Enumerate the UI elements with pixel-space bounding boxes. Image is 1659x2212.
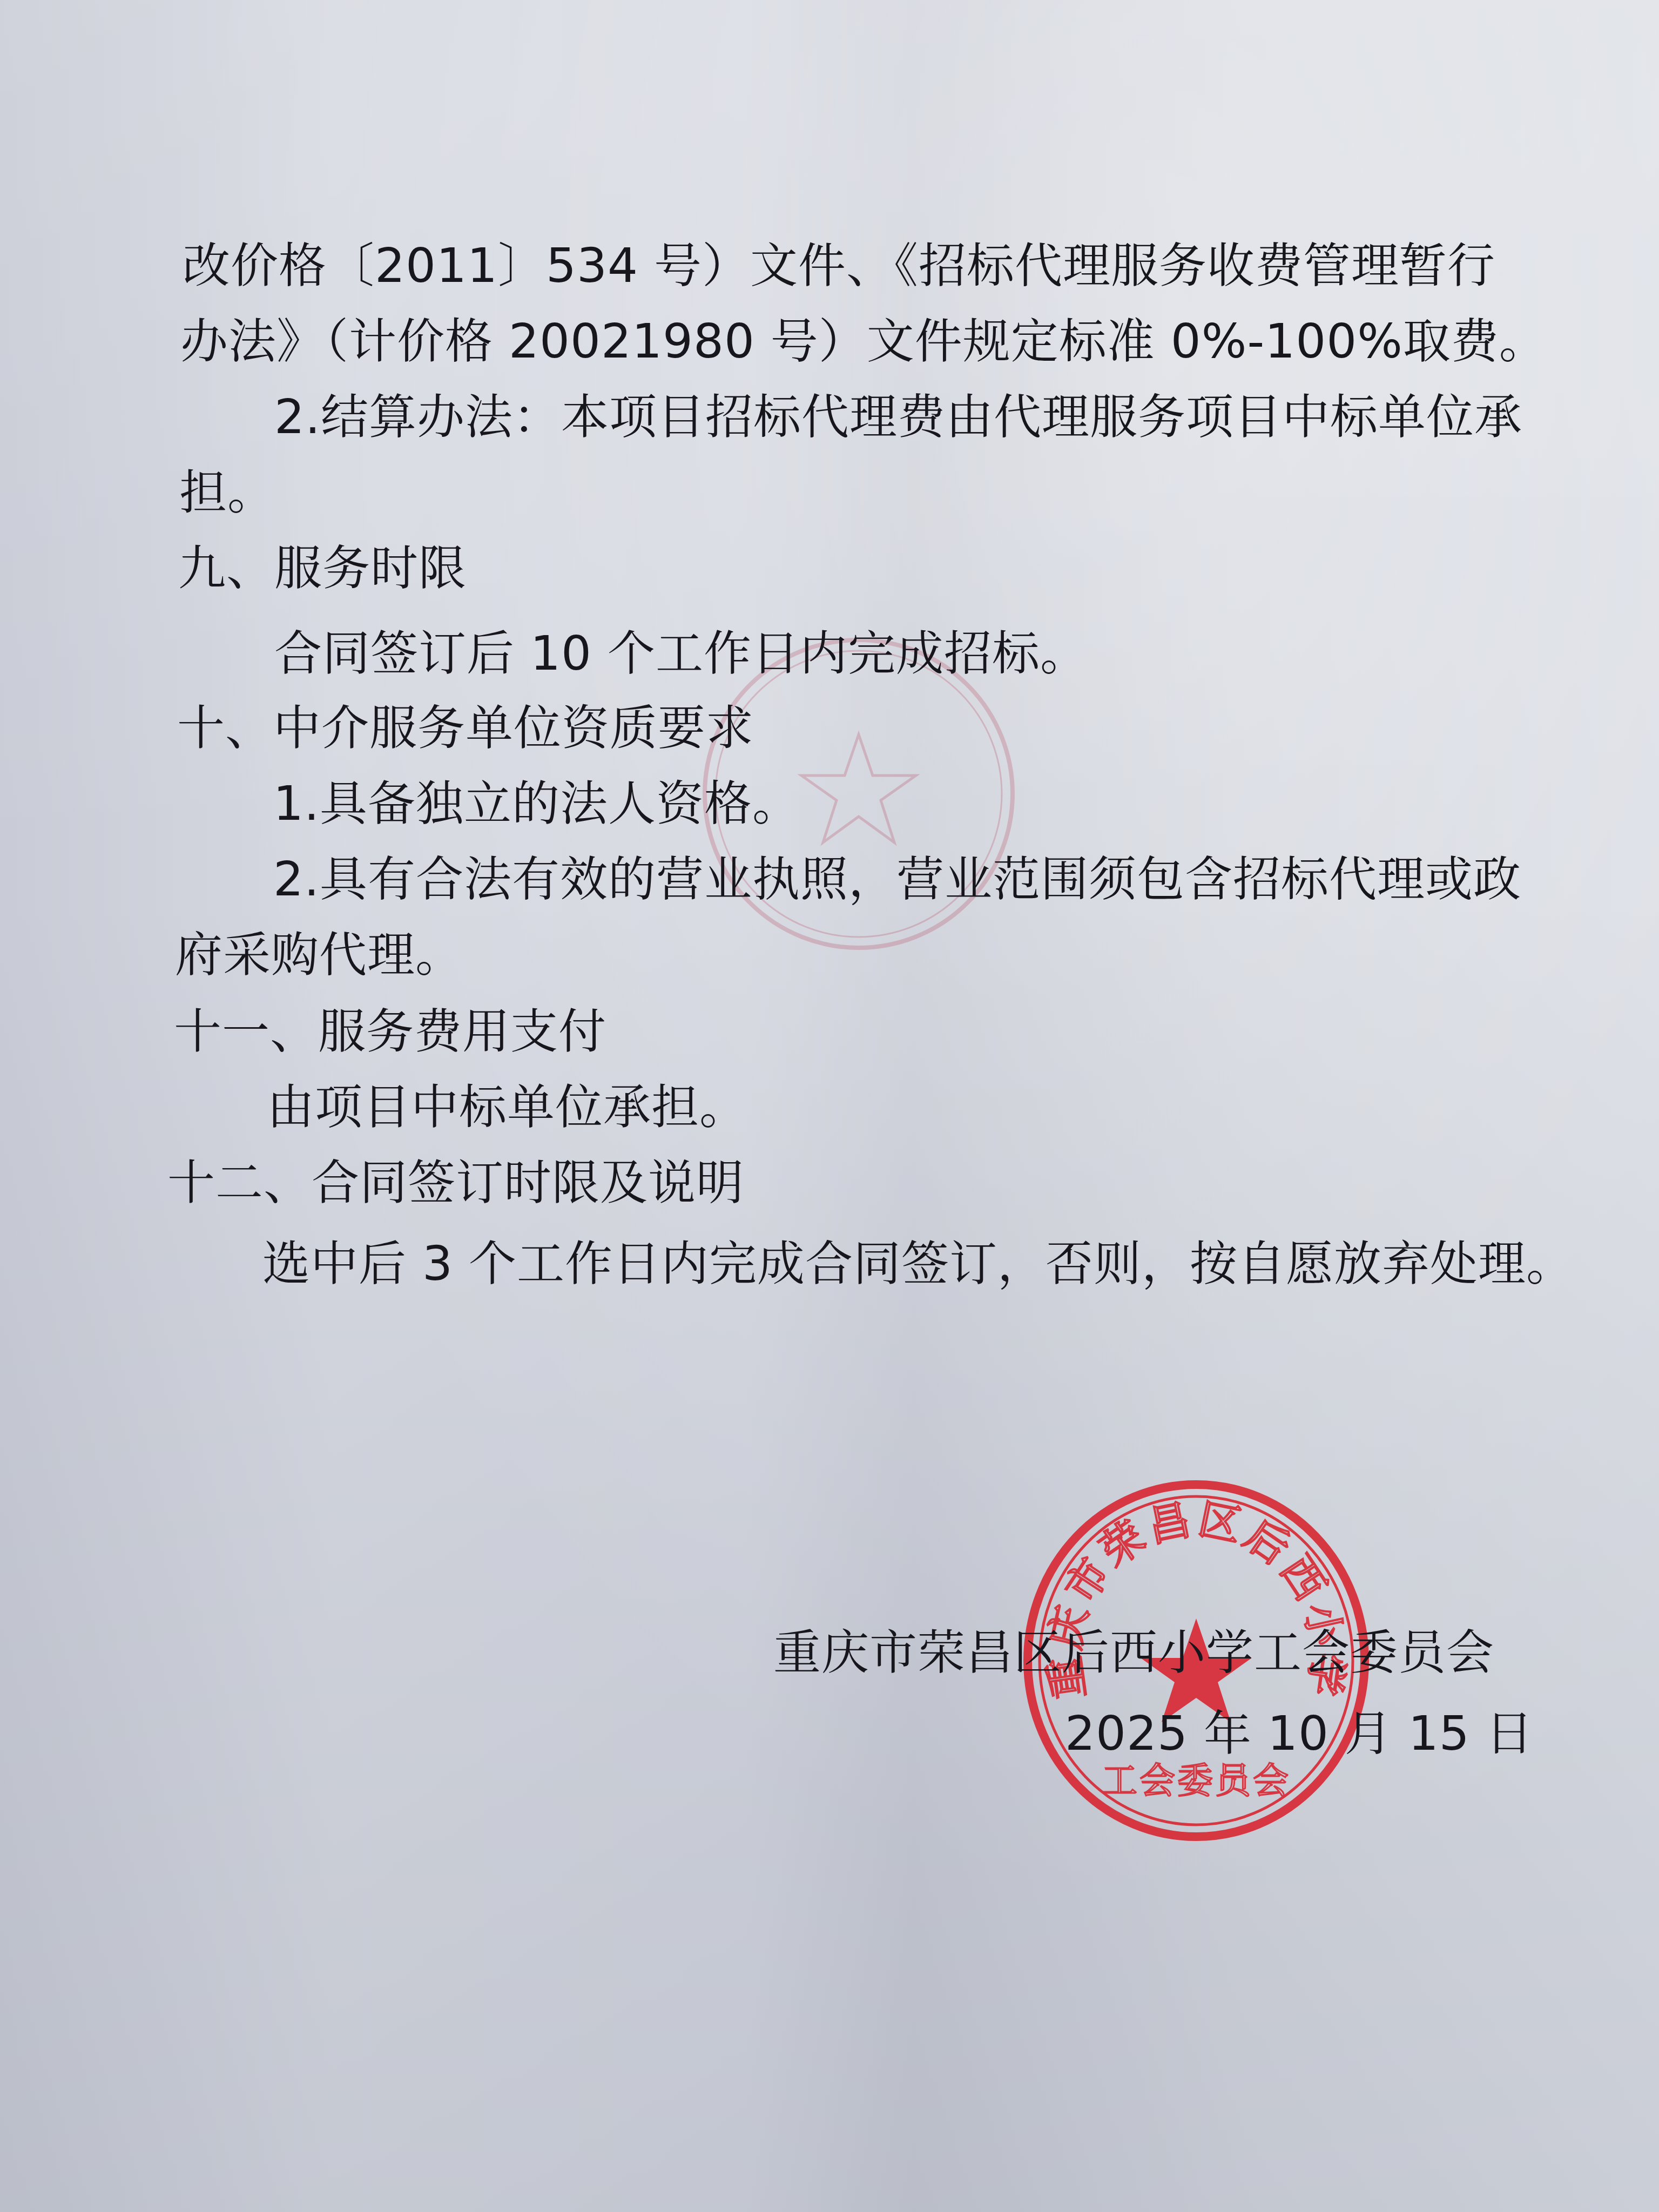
paragraph-contract-signing: 选中后 3 个工作日内完成合同签订，否则，按自愿放弃处理。: [262, 1237, 1574, 1291]
paragraph-qualification-1: 1.具备独立的法人资格。: [273, 777, 800, 831]
section-heading-contract-signing: 十二、合同签订时限及说明: [167, 1156, 744, 1210]
signature-date: 2025 年 10 月 15 日: [1065, 1707, 1534, 1761]
paragraph-service-period: 合同签订后 10 个工作日内完成招标。: [274, 626, 1088, 680]
section-heading-qualifications: 十、中介服务单位资质要求: [177, 701, 754, 755]
document-page: 重庆市荣昌区后西小学 工会委员会 改价格〔2011〕534 号）文件、《招标代理…: [0, 0, 1659, 2212]
signature-organization: 重庆市荣昌区后西小学工会委员会: [773, 1626, 1494, 1680]
paragraph-settlement-method-cont: 担。: [179, 466, 275, 520]
paragraph-qualification-2: 2.具有合法有效的营业执照，营业范围须包含招标代理或政: [273, 852, 1521, 906]
paragraph-fee-basis-line-1: 改价格〔2011〕534 号）文件、《招标代理服务收费管理暂行: [183, 239, 1495, 293]
section-heading-service-period: 九、服务时限: [178, 541, 467, 595]
paragraph-qualification-2-cont: 府采购代理。: [175, 928, 463, 982]
paragraph-settlement-method: 2.结算办法：本项目招标代理费由代理服务项目中标单位承: [274, 390, 1522, 444]
svg-text:工会委员会: 工会委员会: [1102, 1760, 1291, 1802]
paragraph-fee-basis-line-2: 办法》（计价格 20021980 号）文件规定标准 0%-100%取费。: [180, 314, 1547, 368]
section-heading-fee-payment: 十一、服务费用支付: [174, 1004, 606, 1058]
paragraph-fee-payment: 由项目中标单位承担。: [267, 1080, 747, 1134]
